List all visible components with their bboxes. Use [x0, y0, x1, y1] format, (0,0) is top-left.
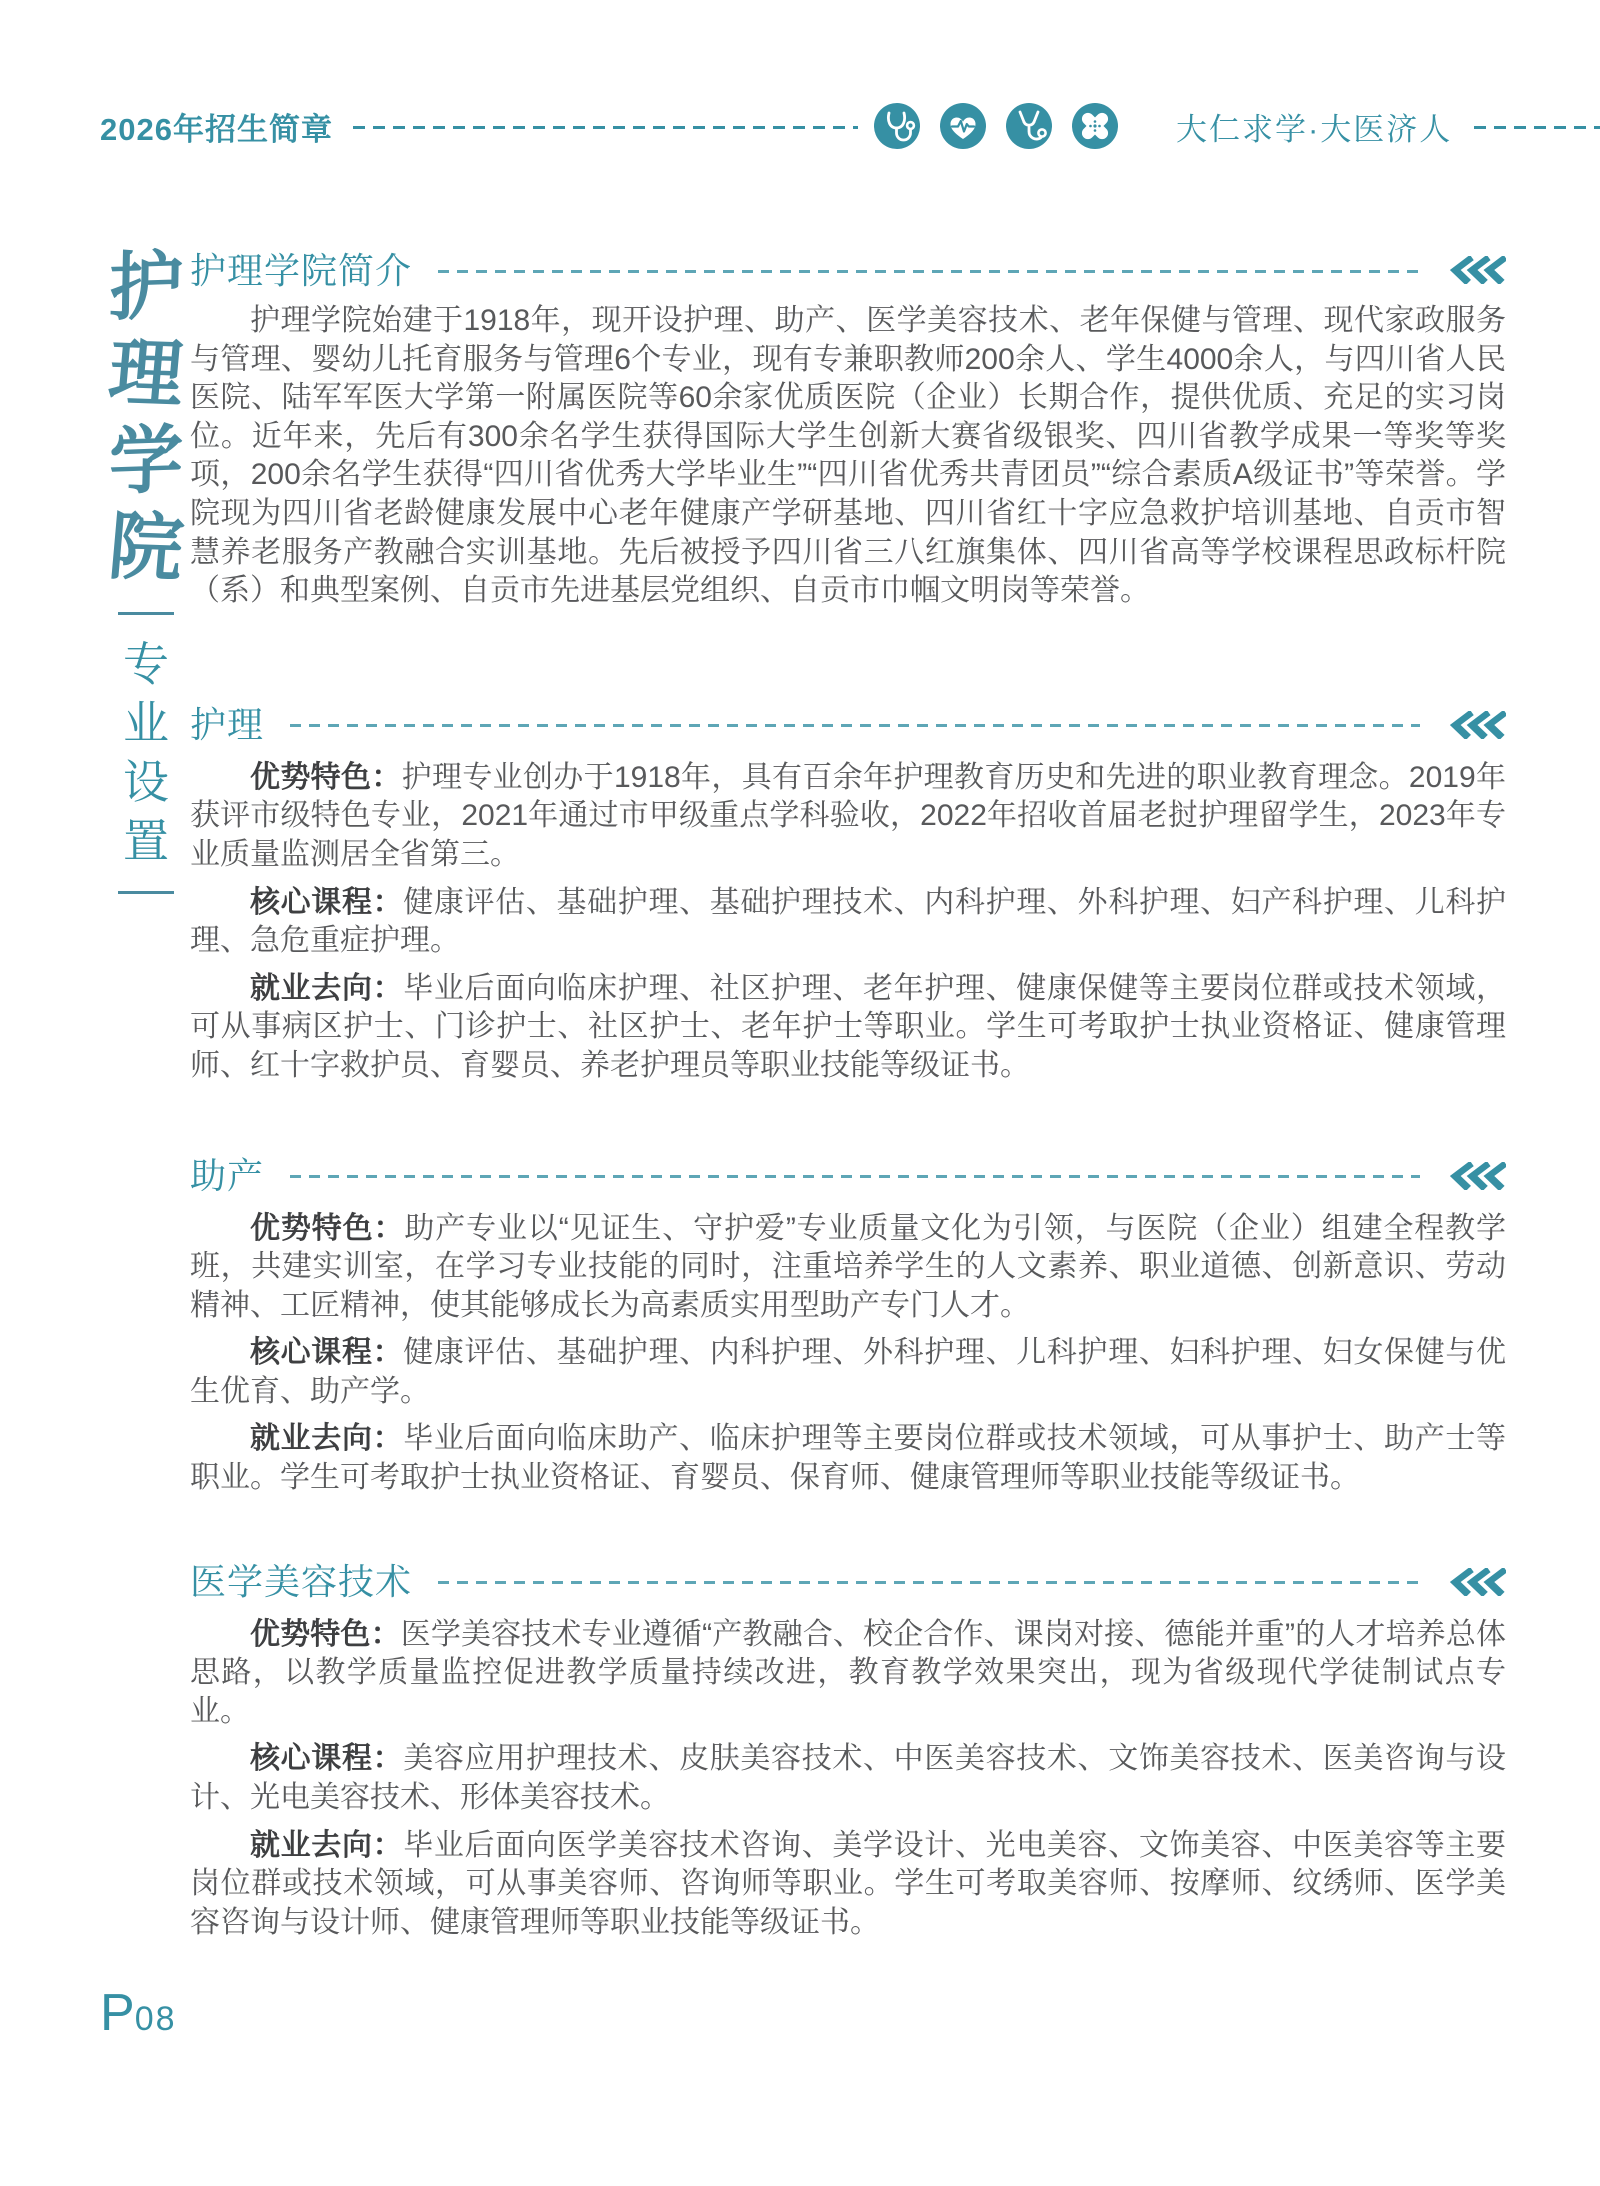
heading-dashed-rule — [290, 1175, 1420, 1178]
section-heading-row: 护理学院简介 — [190, 246, 1506, 290]
feature-paragraph: 优势特色：助产专业以“见证生、守护爱”专业质量文化为引领，与医院（企业）组建全程… — [190, 1210, 1506, 1326]
sidebar-divider-top — [118, 612, 174, 615]
triple-chevron-left-icon — [1444, 1162, 1506, 1190]
paragraph-label: 核心课程： — [250, 1742, 403, 1775]
college-name-char: 学 — [108, 417, 183, 507]
section-medical-cosmetology: 医学美容技术 优势特色：医学美容技术专业遵循“产教融合、校企合作、课岗对接、德能… — [190, 1558, 1506, 1943]
paragraph-label: 就业去向： — [250, 1829, 403, 1862]
college-name-char: 护 — [108, 243, 183, 333]
paragraph-label: 优势特色： — [250, 761, 402, 794]
sidebar-divider-bottom — [118, 891, 174, 894]
page-header: 2026年招生简章 — [100, 101, 1600, 151]
brochure-page: 2026年招生简章 — [0, 0, 1600, 2186]
crossed-bandages-icon — [1072, 103, 1118, 149]
triple-chevron-left-icon — [1444, 711, 1506, 739]
header-motto: 大仁求学·大医济人 — [1176, 104, 1452, 149]
courses-paragraph: 核心课程：健康评估、基础护理、内科护理、外科护理、儿科护理、妇科护理、妇女保健与… — [190, 1334, 1506, 1411]
section-heading: 护理 — [190, 697, 264, 748]
heading-dashed-rule — [290, 724, 1420, 727]
section-label-char: 业 — [123, 694, 169, 753]
paragraph-label: 优势特色： — [250, 1212, 404, 1245]
section-label-char: 专 — [123, 635, 169, 694]
section-heading-row: 医学美容技术 — [190, 1558, 1506, 1602]
section-heading: 医学美容技术 — [190, 1554, 412, 1605]
courses-paragraph: 核心课程：美容应用护理技术、皮肤美容技术、中医美容技术、文饰美容技术、医美咨询与… — [190, 1740, 1506, 1817]
sidebar: 护 理 学 院 专 业 设 置 — [96, 244, 196, 914]
triple-chevron-left-icon — [1444, 256, 1506, 284]
career-paragraph: 就业去向：毕业后面向临床助产、临床护理等主要岗位群或技术领域，可从事护士、助产士… — [190, 1420, 1506, 1497]
stethoscope-pulse-icon — [1006, 103, 1052, 149]
heading-dashed-rule — [438, 1581, 1420, 1584]
header-dashed-line — [353, 126, 858, 129]
feature-paragraph: 优势特色：护理专业创办于1918年，具有百余年护理教育历史和先进的职业教育理念。… — [190, 759, 1506, 875]
header-title: 2026年招生简章 — [100, 104, 333, 149]
section-label-char: 设 — [123, 753, 169, 812]
header-icon-row — [874, 103, 1118, 149]
stethoscope-icon — [874, 103, 920, 149]
heart-ecg-icon — [940, 103, 986, 149]
college-name-char: 理 — [105, 330, 187, 419]
page-number-digits: 08 — [135, 2000, 177, 2039]
paragraph-label: 优势特色： — [250, 1618, 401, 1651]
section-heading-row: 助产 — [190, 1152, 1506, 1196]
intro-paragraph: 护理学院始建于1918年，现开设护理、助产、医学美容技术、老年保健与管理、现代家… — [190, 302, 1506, 611]
paragraph-label: 就业去向： — [250, 1422, 403, 1455]
paragraph-label: 就业去向： — [250, 972, 403, 1005]
section-college-intro: 护理学院简介 护理学院始建于1918年，现开设护理、助产、医学美容技术、老年保健… — [190, 246, 1506, 611]
section-midwifery: 助产 优势特色：助产专业以“见证生、守护爱”专业质量文化为引领，与医院（企业）组… — [190, 1152, 1506, 1498]
paragraph-label: 核心课程： — [250, 1336, 403, 1369]
header-dashed-line-right — [1474, 126, 1600, 129]
courses-paragraph: 核心课程：健康评估、基础护理、基础护理技术、内科护理、外科护理、妇产科护理、儿科… — [190, 884, 1506, 961]
paragraph-label: 核心课程： — [250, 886, 403, 919]
section-label-vertical: 专 业 设 置 — [123, 635, 169, 871]
section-heading-row: 护理 — [190, 701, 1506, 745]
career-paragraph: 就业去向：毕业后面向医学美容技术咨询、美学设计、光电美容、文饰美容、中医美容等主… — [190, 1827, 1506, 1943]
section-heading: 助产 — [190, 1148, 264, 1199]
page-number-prefix: P — [100, 1983, 135, 2043]
career-paragraph: 就业去向：毕业后面向临床护理、社区护理、老年护理、健康保健等主要岗位群或技术领域… — [190, 970, 1506, 1086]
section-label-char: 置 — [123, 812, 169, 871]
college-name-char: 院 — [105, 504, 187, 593]
triple-chevron-left-icon — [1444, 1568, 1506, 1596]
college-name-vertical: 护 理 学 院 — [109, 244, 183, 592]
main-content: 护理学院简介 护理学院始建于1918年，现开设护理、助产、医学美容技术、老年保健… — [190, 246, 1506, 1942]
section-heading: 护理学院简介 — [190, 243, 412, 294]
heading-dashed-rule — [438, 270, 1420, 273]
feature-paragraph: 优势特色：医学美容技术专业遵循“产教融合、校企合作、课岗对接、德能并重”的人才培… — [190, 1616, 1506, 1732]
page-number: P 08 — [100, 1983, 177, 2043]
section-nursing: 护理 优势特色：护理专业创办于1918年，具有百余年护理教育历史和先进的职业教育… — [190, 701, 1506, 1086]
